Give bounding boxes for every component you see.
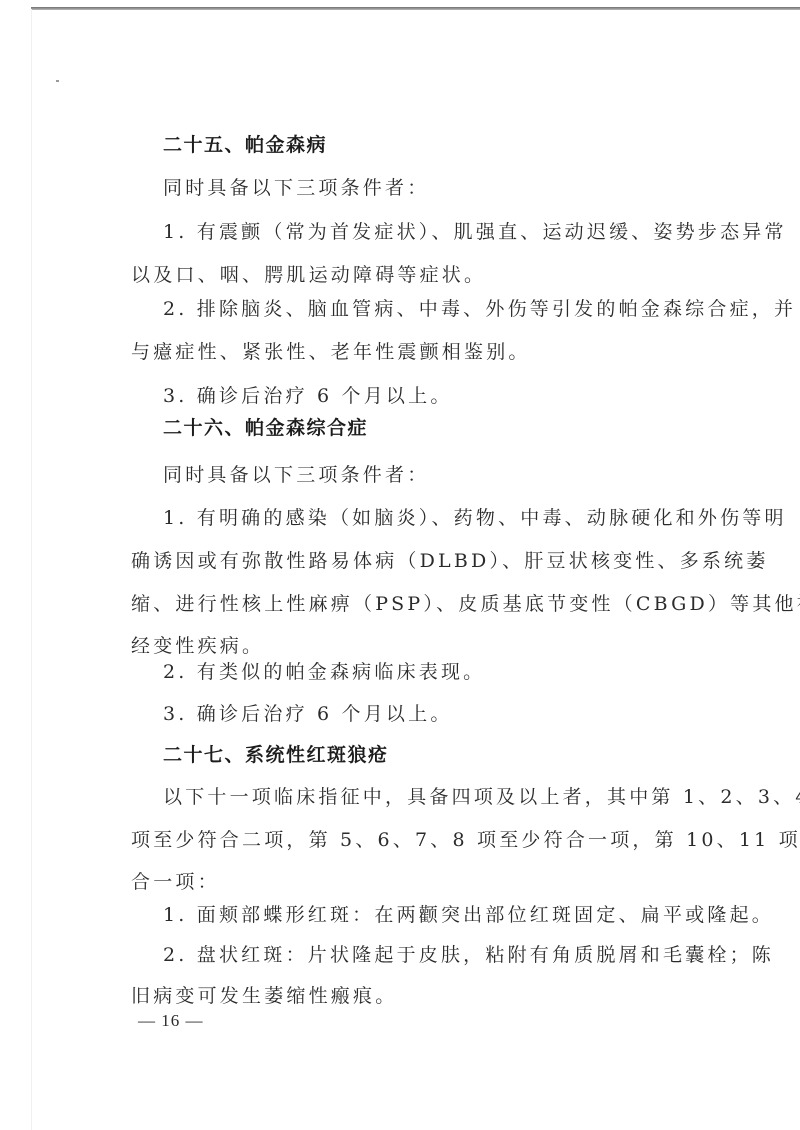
item-27-1-line1: 1. 面颊部蝶形红斑：在两颧突出部位红斑固定、扁平或隆起。: [163, 903, 774, 927]
item-26-1-line3: 缩、进行性核上性麻痹（PSP）、皮质基底节变性（CBGD）等其他神: [131, 592, 800, 616]
item-26-1-line4: 经变性疾病。: [131, 634, 264, 658]
section-heading-27: 二十七、系统性红斑狼疮: [163, 743, 389, 767]
section-intro-27-line3: 合一项：: [131, 870, 220, 894]
item-26-1-line2: 确诱因或有弥散性路易体病（DLBD）、肝豆状核变性、多系统萎: [131, 549, 769, 573]
section-intro-25: 同时具备以下三项条件者：: [163, 176, 429, 200]
section-heading-25: 二十五、帕金森病: [163, 133, 327, 157]
section-intro-27-line1: 以下十一项临床指征中，具备四项及以上者，其中第 1、2、3、4: [163, 785, 800, 809]
item-27-2-line1: 2. 盘状红斑：片状隆起于皮肤，粘附有角质脱屑和毛囊栓；陈: [163, 943, 774, 967]
section-heading-26: 二十六、帕金森综合症: [163, 416, 368, 440]
section-intro-27-line2: 项至少符合二项，第 5、6、7、8 项至少符合一项，第 10、11 项至少符: [131, 828, 800, 852]
item-25-2-line2: 与癔症性、紧张性、老年性震颤相鉴别。: [131, 340, 531, 364]
item-25-1-line2: 以及口、咽、腭肌运动障碍等症状。: [131, 263, 486, 287]
section-intro-26: 同时具备以下三项条件者：: [163, 463, 429, 487]
item-26-1-line1: 1. 有明确的感染（如脑炎）、药物、中毒、动脉硬化和外伤等明: [163, 506, 787, 530]
item-27-2-line2: 旧病变可发生萎缩性瘢痕。: [131, 984, 397, 1008]
page-number: — 16 —: [138, 1011, 204, 1031]
item-25-3-line1: 3. 确诊后治疗 6 个月以上。: [163, 384, 453, 408]
document-page: 二十五、帕金森病 同时具备以下三项条件者： 1. 有震颤（常为首发症状）、肌强直…: [0, 0, 800, 1130]
item-25-1-line1: 1. 有震颤（常为首发症状）、肌强直、运动迟缓、姿势步态异常: [163, 220, 787, 244]
item-26-3-line1: 3. 确诊后治疗 6 个月以上。: [163, 702, 453, 726]
item-26-2-line1: 2. 有类似的帕金森病临床表现。: [163, 660, 485, 684]
item-25-2-line1: 2. 排除脑炎、脑血管病、中毒、外伤等引发的帕金森综合症，并: [163, 297, 796, 321]
